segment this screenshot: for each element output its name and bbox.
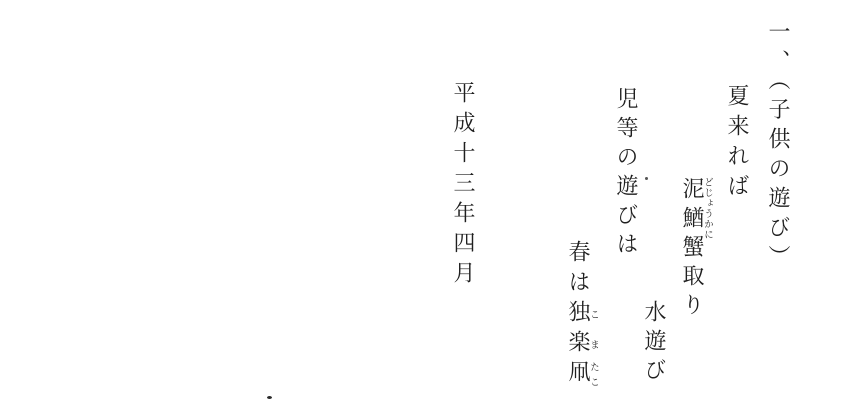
- furigana-koma: こま: [588, 300, 599, 360]
- ruby-dojou-kani: 泥鰌蟹どじょうかに: [679, 177, 704, 264]
- tanka-phrase-2-tail: 取り: [679, 264, 704, 322]
- tanka-phrase-4: 児等の遊びは: [610, 87, 640, 261]
- section-heading: 一、（子供の遊び）: [762, 20, 792, 275]
- ink-speck-small: [645, 177, 648, 180]
- tanka-phrase-3-text: 水遊び: [641, 300, 666, 387]
- ruby-koma: 独楽こま: [565, 300, 590, 360]
- tanka-phrase-5-tako: 凧: [565, 360, 590, 390]
- tanka-phrase-5-head: 春は: [565, 240, 590, 300]
- scanned-document-page: 一、（子供の遊び） 夏来れば 泥鰌蟹どじょうかに取り 水遊び 児等の遊びは 春は…: [0, 0, 853, 402]
- date-line: 平成十三年四月: [447, 81, 477, 291]
- tanka-phrase-1-text: 夏来れば: [724, 84, 749, 204]
- tanka-phrase-4-text: 児等の遊びは: [613, 87, 638, 261]
- furigana-dojoukani: どじょうかに: [702, 177, 713, 264]
- ink-speck-bottom: [267, 396, 272, 399]
- tanka-phrase-5-koma: 独楽: [565, 300, 590, 360]
- ruby-tako: 凧たこ: [565, 360, 590, 390]
- tanka-phrase-2-base: 泥鰌蟹: [679, 177, 704, 264]
- tanka-phrase-1: 夏来れば: [721, 84, 751, 204]
- tanka-phrase-2: 泥鰌蟹どじょうかに取り: [676, 177, 713, 322]
- furigana-tako: たこ: [588, 360, 599, 390]
- tanka-phrase-5: 春は独楽こま凧たこ: [562, 240, 599, 390]
- tanka-phrase-3: 水遊び: [638, 300, 668, 387]
